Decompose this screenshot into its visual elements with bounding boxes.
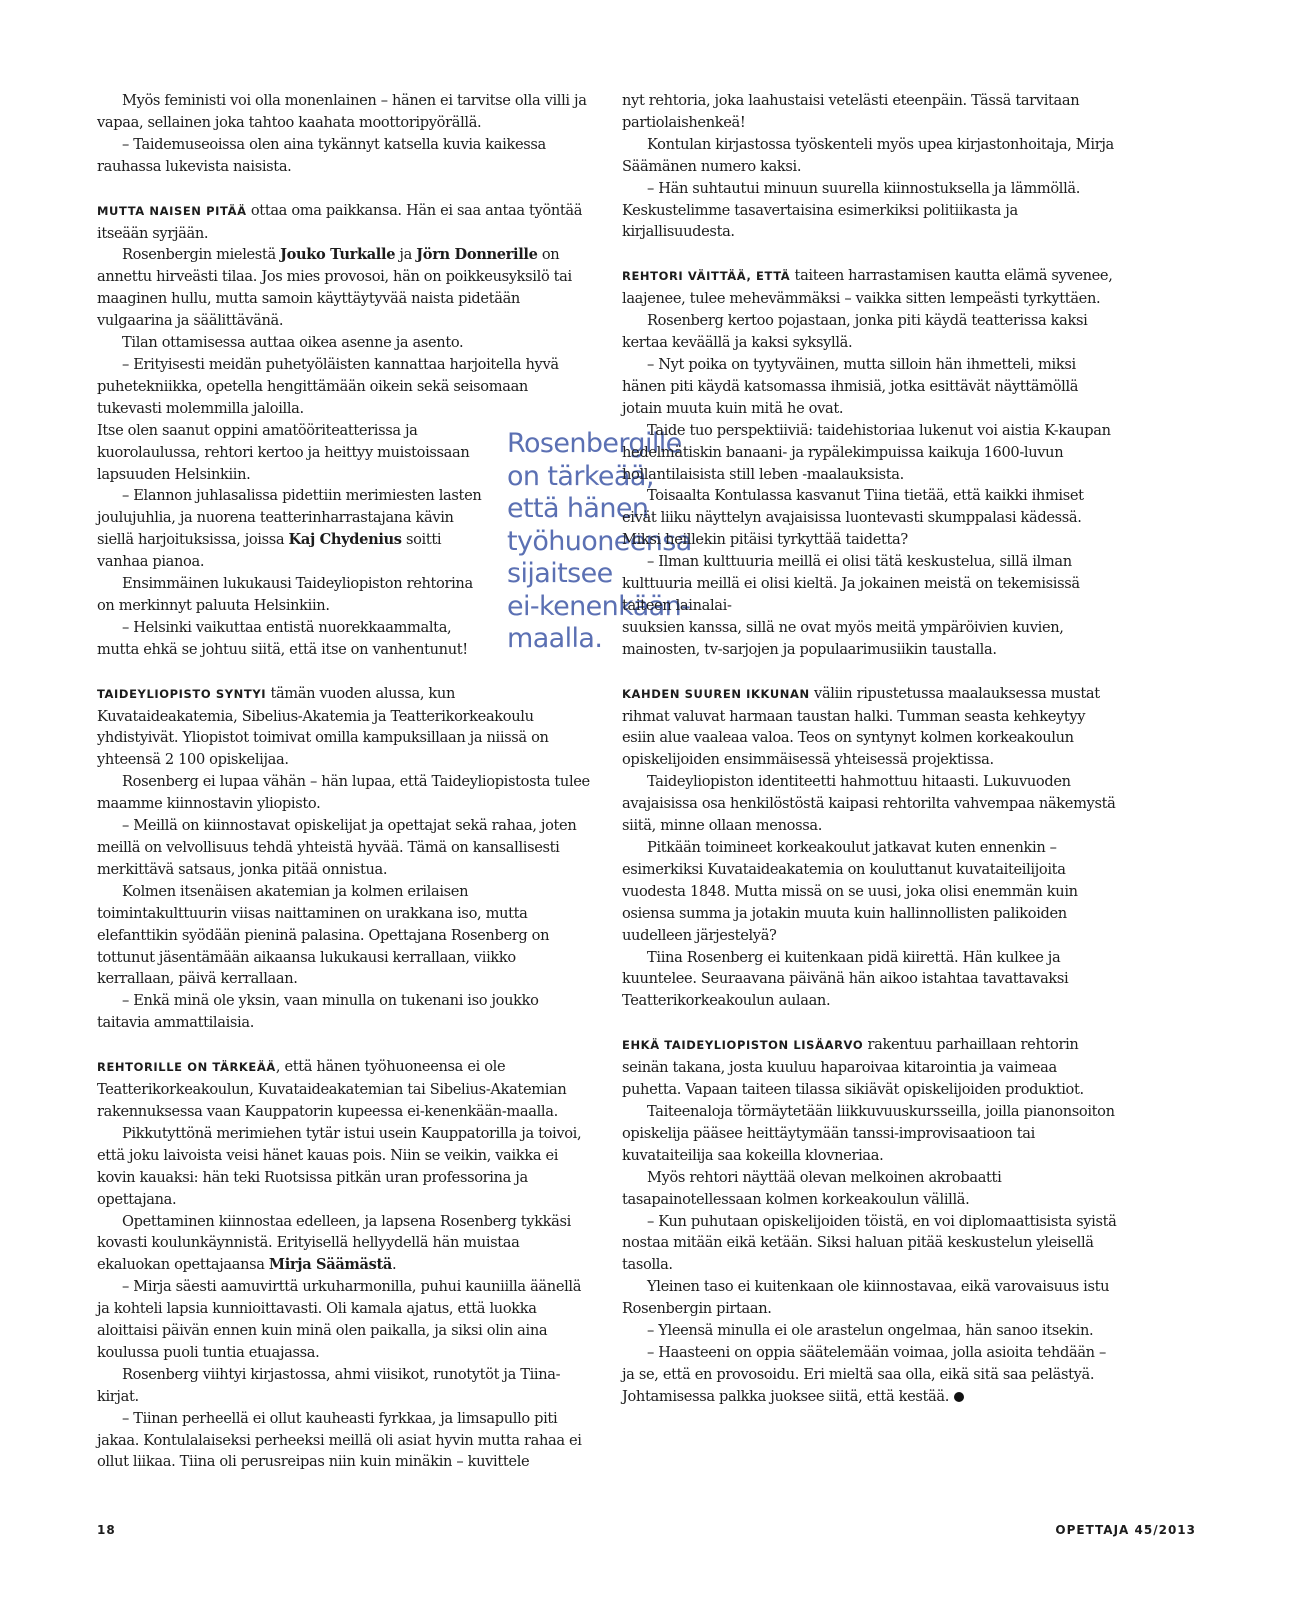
paragraph: – Ilman kulttuuria meillä ei olisi tätä … — [622, 551, 1117, 617]
section-paragraph: Ehkä Taideyliopiston lisäarvo rakentuu p… — [622, 1034, 1117, 1101]
paragraph: Opettaminen kiinnostaa edelleen, ja laps… — [97, 1211, 592, 1277]
paragraph: Itse olen saanut oppini amatööriteatteri… — [97, 420, 482, 486]
paragraph: Rosenberg viihtyi kirjastossa, ahmi viis… — [97, 1364, 592, 1408]
section-gap — [97, 1034, 592, 1056]
section-paragraph: Kahden suuren ikkunan väliin ripustetuss… — [622, 683, 1117, 772]
section-lead-in: Rehtori väittää, että — [622, 269, 790, 283]
paragraph: nyt rehtoria, joka laahustaisi vetelästi… — [622, 90, 1117, 134]
section-paragraph: Rehtorille on tärkeää, että hänen työhuo… — [97, 1056, 592, 1123]
section-paragraph: Rehtori väittää, että taiteen harrastami… — [622, 265, 1117, 310]
section-lead-in: Ehkä Taideyliopiston lisäarvo — [622, 1038, 863, 1052]
section-lead-in: Rehtorille on tärkeää — [97, 1060, 276, 1074]
paragraph: suuksien kanssa, sillä ne ovat myös meit… — [622, 617, 1117, 661]
section-lead-in: Mutta naisen pitää — [97, 204, 247, 218]
paragraph: – Elannon juhlasalissa pidettiin merimie… — [97, 485, 482, 573]
paragraph: Ensimmäinen lukukausi Taideyliopiston re… — [97, 573, 482, 617]
paragraph: – Helsinki vaikuttaa entistä nuorekkaamm… — [97, 617, 482, 661]
page-number: 18 — [97, 1523, 116, 1537]
magazine-page: Myös feministi voi olla monenlainen – hä… — [0, 0, 1313, 1598]
paragraph: – Mirja säesti aamuvirttä urkuharmonilla… — [97, 1276, 592, 1364]
person-name: Mirja Säämästä — [269, 1256, 392, 1273]
paragraph: Rosenbergin mielestä Jouko Turkalle ja J… — [97, 244, 592, 332]
paragraph: Toisaalta Kontulassa kasvanut Tiina tiet… — [622, 485, 1117, 551]
paragraph: Pikkutyttönä merimiehen tytär istui usei… — [97, 1123, 592, 1211]
section-gap — [97, 178, 592, 200]
publication-issue: OPETTAJA 45/2013 — [1055, 1523, 1196, 1537]
paragraph: hänen piti käydä katsomassa ihmisiä, jot… — [622, 376, 1117, 420]
paragraph: Rosenberg kertoo pojastaan, jonka piti k… — [622, 310, 1117, 354]
paragraph: Pitkään toimineet korkeakoulut jatkavat … — [622, 837, 1117, 947]
person-name: Kaj Chydenius — [289, 531, 402, 548]
paragraph: – Hän suhtautui minuun suurella kiinnost… — [622, 178, 1117, 244]
paragraph: – Kun puhutaan opiskelijoiden töistä, en… — [622, 1211, 1117, 1277]
right-column: nyt rehtoria, joka laahustaisi vetelästi… — [622, 90, 1117, 1408]
section-gap — [622, 243, 1117, 265]
section-gap — [622, 661, 1117, 683]
paragraph: – Yleensä minulla ei ole arastelun ongel… — [622, 1320, 1117, 1342]
paragraph: – Nyt poika on tyytyväinen, mutta silloi… — [622, 354, 1117, 376]
left-column: Myös feministi voi olla monenlainen – hä… — [97, 90, 592, 1473]
paragraph: – Taidemuseoissa olen aina tykännyt kats… — [97, 134, 592, 178]
paragraph: Tiina Rosenberg ei kuitenkaan pidä kiire… — [622, 947, 1117, 1013]
person-name: Jörn Donnerille — [416, 246, 537, 263]
section-paragraph: Taideyliopisto syntyi tämän vuoden aluss… — [97, 683, 592, 772]
section-gap — [622, 1012, 1117, 1034]
paragraph: – Enkä minä ole yksin, vaan minulla on t… — [97, 990, 592, 1034]
person-name: Jouko Turkalle — [280, 246, 395, 263]
section-lead-in: Kahden suuren ikkunan — [622, 687, 810, 701]
end-mark-bullet-icon — [954, 1392, 964, 1402]
paragraph: – Tiinan perheellä ei ollut kauheasti fy… — [97, 1408, 592, 1474]
paragraph: Taiteenaloja törmäytetään liikkuvuuskurs… — [622, 1101, 1117, 1167]
paragraph: Yleinen taso ei kuitenkaan ole kiinnosta… — [622, 1276, 1117, 1320]
paragraph: – Meillä on kiinnostavat opiskelijat ja … — [97, 815, 592, 881]
paragraph: Myös rehtori näyttää olevan melkoinen ak… — [622, 1167, 1117, 1211]
paragraph: Myös feministi voi olla monenlainen – hä… — [97, 90, 592, 134]
paragraph: Taideyliopiston identiteetti hahmottuu h… — [622, 771, 1117, 837]
paragraph: Taide tuo perspektiiviä: taidehistoriaa … — [622, 420, 1117, 486]
section-paragraph: Mutta naisen pitää ottaa oma paikkansa. … — [97, 200, 592, 245]
paragraph: – Haasteeni on oppia säätelemään voimaa,… — [622, 1342, 1117, 1408]
section-gap — [97, 661, 592, 683]
paragraph: Rosenberg ei lupaa vähän – hän lupaa, et… — [97, 771, 592, 815]
paragraph: – Erityisesti meidän puhetyöläisten kann… — [97, 354, 592, 420]
paragraph: Kolmen itsenäisen akatemian ja kolmen er… — [97, 881, 592, 991]
paragraph: Kontulan kirjastossa työskenteli myös up… — [622, 134, 1117, 178]
paragraph: Tilan ottamisessa auttaa oikea asenne ja… — [97, 332, 592, 354]
section-lead-in: Taideyliopisto syntyi — [97, 687, 266, 701]
